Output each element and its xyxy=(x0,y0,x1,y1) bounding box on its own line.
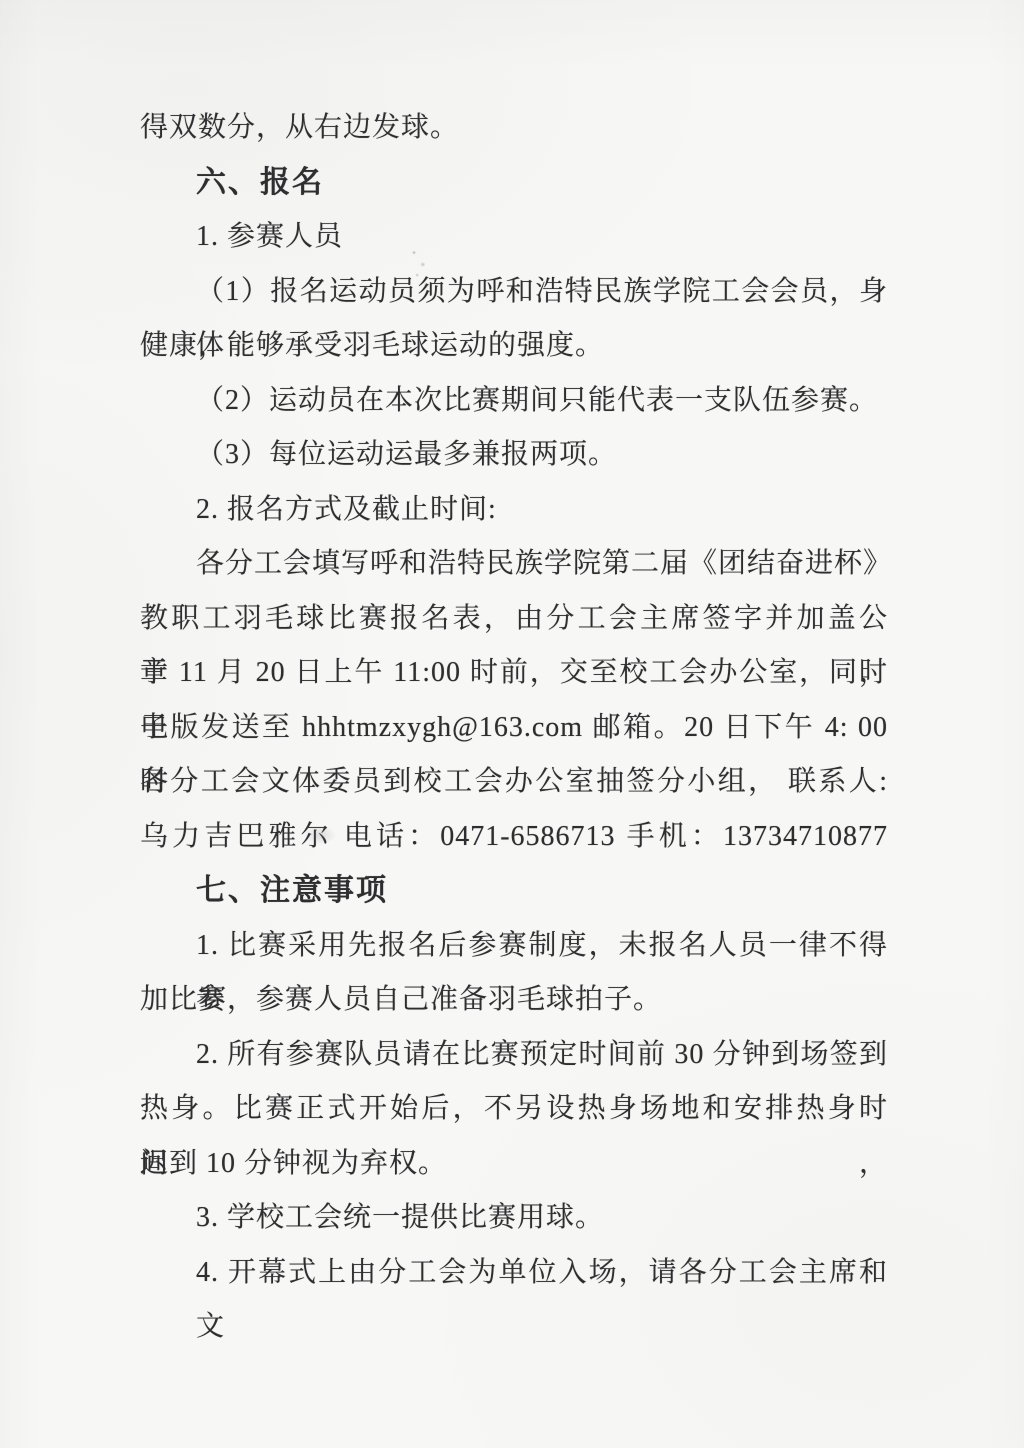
text-line: 1. 参赛人员 xyxy=(140,210,888,265)
section-heading: 七、注意事项 xyxy=(140,864,888,919)
text-line: 热身。比赛正式开始后，不另设热身场地和安排热身时间， xyxy=(140,1082,888,1137)
text-line: 3. 学校工会统一提供比赛用球。 xyxy=(140,1191,888,1246)
text-line: 4. 开幕式上由分工会为单位入场，请各分工会主席和文 xyxy=(140,1246,888,1301)
text-line: 乌力吉巴雅尔 电话：0471-6586713 手机：13734710877 xyxy=(140,810,888,865)
text-line: （2）运动员在本次比赛期间只能代表一支队伍参赛。 xyxy=(140,374,888,429)
section-heading: 六、报名 xyxy=(140,156,888,211)
text-lines: 得双数分，从右边发球。六、报名1. 参赛人员（1）报名运动员须为呼和浩特民族学院… xyxy=(140,101,888,1300)
text-line: 于 11 月 20 日上午 11:00 时前，交至校工会办公室，同时电 xyxy=(140,646,888,701)
text-line: （1）报名运动员须为呼和浩特民族学院工会会员，身体 xyxy=(140,265,888,320)
scanned-document-page: 得双数分，从右边发球。六、报名1. 参赛人员（1）报名运动员须为呼和浩特民族学院… xyxy=(0,0,1024,1448)
text-line: 健康，能够承受羽毛球运动的强度。 xyxy=(140,319,888,374)
text-line: （3）每位运动运最多兼报两项。 xyxy=(140,428,888,483)
document-text-block: 得双数分，从右边发球。六、报名1. 参赛人员（1）报名运动员须为呼和浩特民族学院… xyxy=(140,101,888,1300)
text-line: 1. 比赛采用先报名后参赛制度，未报名人员一律不得参 xyxy=(140,919,888,974)
text-line: 各分工会文体委员到校工会办公室抽签分小组， 联系人: xyxy=(140,755,888,810)
text-line: 加比赛，参赛人员自己准备羽毛球拍子。 xyxy=(140,973,888,1028)
text-line: 得双数分，从右边发球。 xyxy=(140,101,888,156)
text-line: 教职工羽毛球比赛报名表，由分工会主席签字并加盖公章， xyxy=(140,592,888,647)
text-line: 2. 所有参赛队员请在比赛预定时间前 30 分钟到场签到 xyxy=(140,1028,888,1083)
text-line: 2. 报名方式及截止时间: xyxy=(140,483,888,538)
text-line: 子版发送至 hhhtmzxygh@163.com 邮箱。20 日下午 4: 00… xyxy=(140,701,888,756)
text-line: 各分工会填写呼和浩特民族学院第二届《团结奋进杯》 xyxy=(140,537,888,592)
